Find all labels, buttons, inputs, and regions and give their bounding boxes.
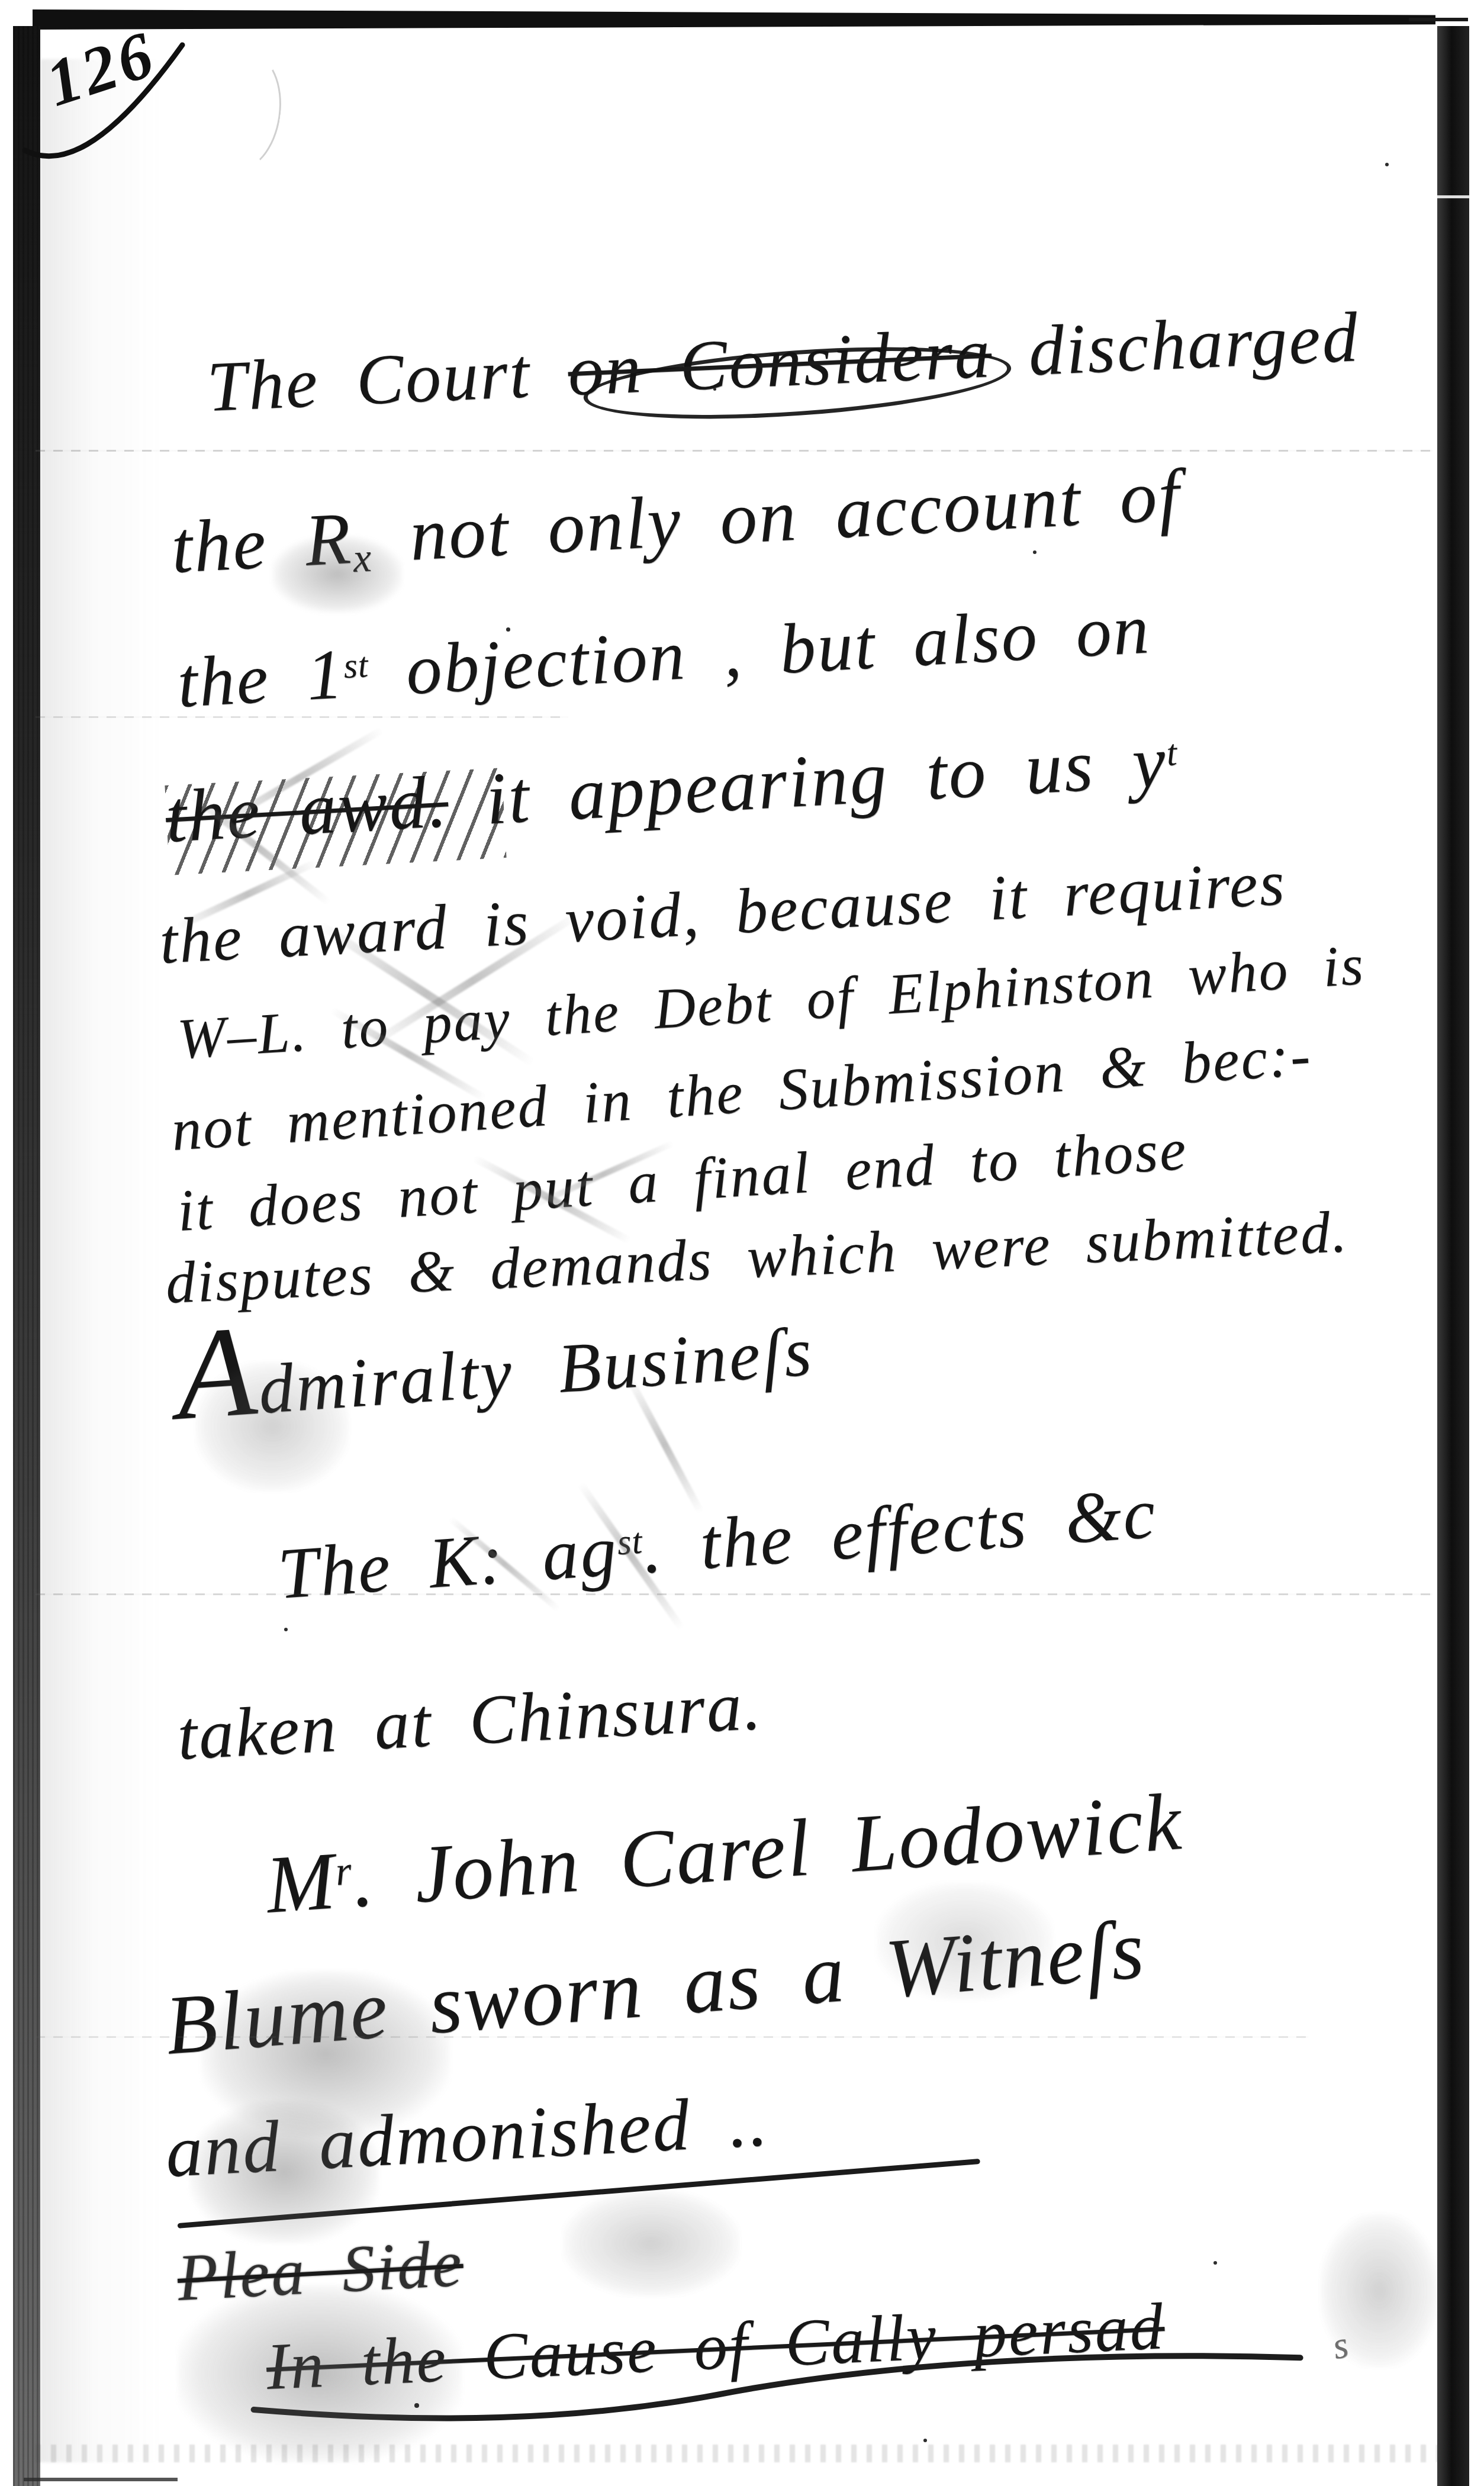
scan-speckle-band [36,2445,1438,2462]
ink-speck [414,2403,419,2408]
scan-artifact-line [36,716,568,718]
folio-swash [17,27,206,175]
line11-text: taken at Chinsura. [176,1666,765,1775]
line1-pre: The Court [205,331,569,426]
ink-smudge [178,2285,462,2462]
ink-speck [284,1628,288,1631]
scan-artifact-line [36,2036,1308,2038]
ink-speck [1385,163,1389,166]
ink-speck [1213,2261,1217,2265]
ink-speck [1033,550,1036,554]
scan-right-edge [1437,26,1469,2486]
scan-artifact-line [36,1593,1433,1595]
ink-speck [713,388,716,391]
scan-artifact-line [36,450,1433,452]
scan-left-fringe [40,59,165,2462]
line3-post: objection , but also on [366,589,1152,711]
ink-smudge [195,1361,349,1492]
line4-mid: it appearing to us y [446,721,1169,843]
ink-smudge [189,2101,379,2243]
line1-post: discharged [990,297,1361,392]
line3-superscript: st [343,645,370,685]
line2-post: not only on account of [370,455,1183,578]
scan-top-edge-thin [1409,18,1468,21]
line12-post: . John Carel Lodowick [349,1776,1185,1924]
line12-pre: M [263,1835,339,1930]
scan-right-edge-notch [1437,195,1469,198]
line10-pre: The K: ag [275,1511,620,1614]
manuscript-page: 126 The Court on Considera discharged th… [0,0,1484,2486]
folio-arc-mark [198,47,289,176]
scan-bottom-line [24,2478,178,2481]
ink-speck [506,627,510,632]
line4-superscript: t [1166,732,1179,774]
scan-top-edge [33,9,1435,30]
line10-post: . the effects &c [640,1473,1159,1588]
scan-left-edge-texture [13,26,40,2486]
line3-pre: the 1 [175,634,346,722]
ink-smudge [562,2190,740,2297]
ink-smudge [272,536,403,613]
manuscript-line-11: taken at Chinsura. [175,1665,764,1776]
ink-smudge [876,1882,1054,2001]
ink-speck [923,2439,927,2442]
ink-smudge [1320,2214,1438,2368]
